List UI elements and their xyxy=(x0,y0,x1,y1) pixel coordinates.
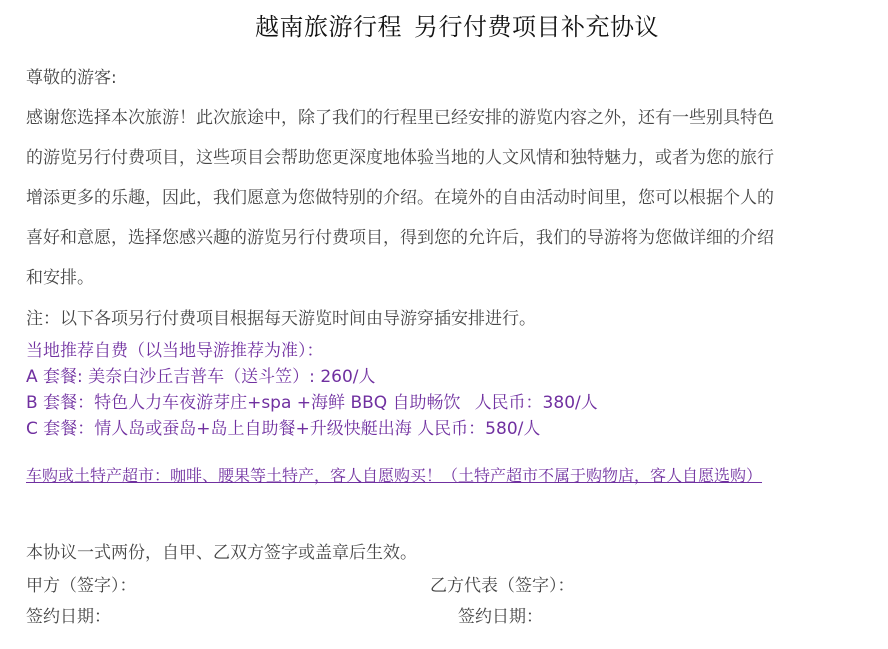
party-a-signature-label: 甲方（签字）： xyxy=(26,574,137,598)
agreement-clause: 本协议一式两份，自甲、乙双方签字或盖章后生效。 xyxy=(26,541,417,565)
intro-line: 喜好和意愿，选择您感兴趣的游览另行付费项目，得到您的允许后，我们的导游将为您做详… xyxy=(26,218,866,258)
intro-line: 的游览另行付费项目，这些项目会帮助您更深度地体验当地的人文风情和独特魅力，或者为… xyxy=(26,138,866,178)
intro-paragraph: 感谢您选择本次旅游！此次旅途中，除了我们的行程里已经安排的游览内容之外，还有一些… xyxy=(26,98,866,298)
party-b-signature-label: 乙方代表（签字）： xyxy=(430,574,575,598)
package-description: 情人岛或蚕岛+岛上自助餐+升级快艇出海 xyxy=(94,419,412,439)
package-price: 人民币：580/人 xyxy=(417,419,540,439)
title-part-1: 越南旅游行程 xyxy=(255,13,402,41)
party-b-date-label: 签约日期： xyxy=(458,605,543,629)
greeting: 尊敬的游客: xyxy=(26,66,117,90)
party-a-date-label: 签约日期： xyxy=(26,605,111,629)
package-list: A 套餐: 美奈白沙丘吉普车（送斗笠）: 260/人 B 套餐：特色人力车夜游芽… xyxy=(26,364,598,442)
intro-line: 感谢您选择本次旅游！此次旅途中，除了我们的行程里已经安排的游览内容之外，还有一些… xyxy=(26,98,866,138)
package-price: 人民币：380/人 xyxy=(475,393,598,413)
schedule-note: 注：以下各项另行付费项目根据每天游览时间由导游穿插安排进行。 xyxy=(26,307,536,331)
package-label: C 套餐： xyxy=(26,419,94,439)
recommend-heading: 当地推荐自费（以当地导游推荐为准）： xyxy=(26,338,324,364)
package-item-a: A 套餐: 美奈白沙丘吉普车（送斗笠）: 260/人 xyxy=(26,364,598,390)
title-part-2: 另行付费项目补充协议 xyxy=(414,13,659,41)
package-label: A 套餐: xyxy=(26,367,83,387)
shopping-note-link[interactable]: 车购或土特产超市：咖啡、腰果等土特产，客人自愿购买！（土特产超市不属于购物店，客… xyxy=(26,465,871,487)
package-item-b: B 套餐：特色人力车夜游芽庄+spa +海鲜 BBQ 自助畅饮人民币：380/人 xyxy=(26,390,598,416)
package-label: B 套餐： xyxy=(26,393,94,413)
intro-line: 和安排。 xyxy=(26,258,866,298)
package-description: 美奈白沙丘吉普车（送斗笠）: xyxy=(88,367,315,387)
document-title: 越南旅游行程另行付费项目补充协议 xyxy=(0,10,888,44)
package-item-c: C 套餐：情人岛或蚕岛+岛上自助餐+升级快艇出海 人民币：580/人 xyxy=(26,416,598,442)
package-price: 260/人 xyxy=(320,367,375,387)
package-description: 特色人力车夜游芽庄+spa +海鲜 BBQ 自助畅饮 xyxy=(94,393,460,413)
intro-line: 增添更多的乐趣，因此，我们愿意为您做特别的介绍。在境外的自由活动时间里，您可以根… xyxy=(26,178,866,218)
